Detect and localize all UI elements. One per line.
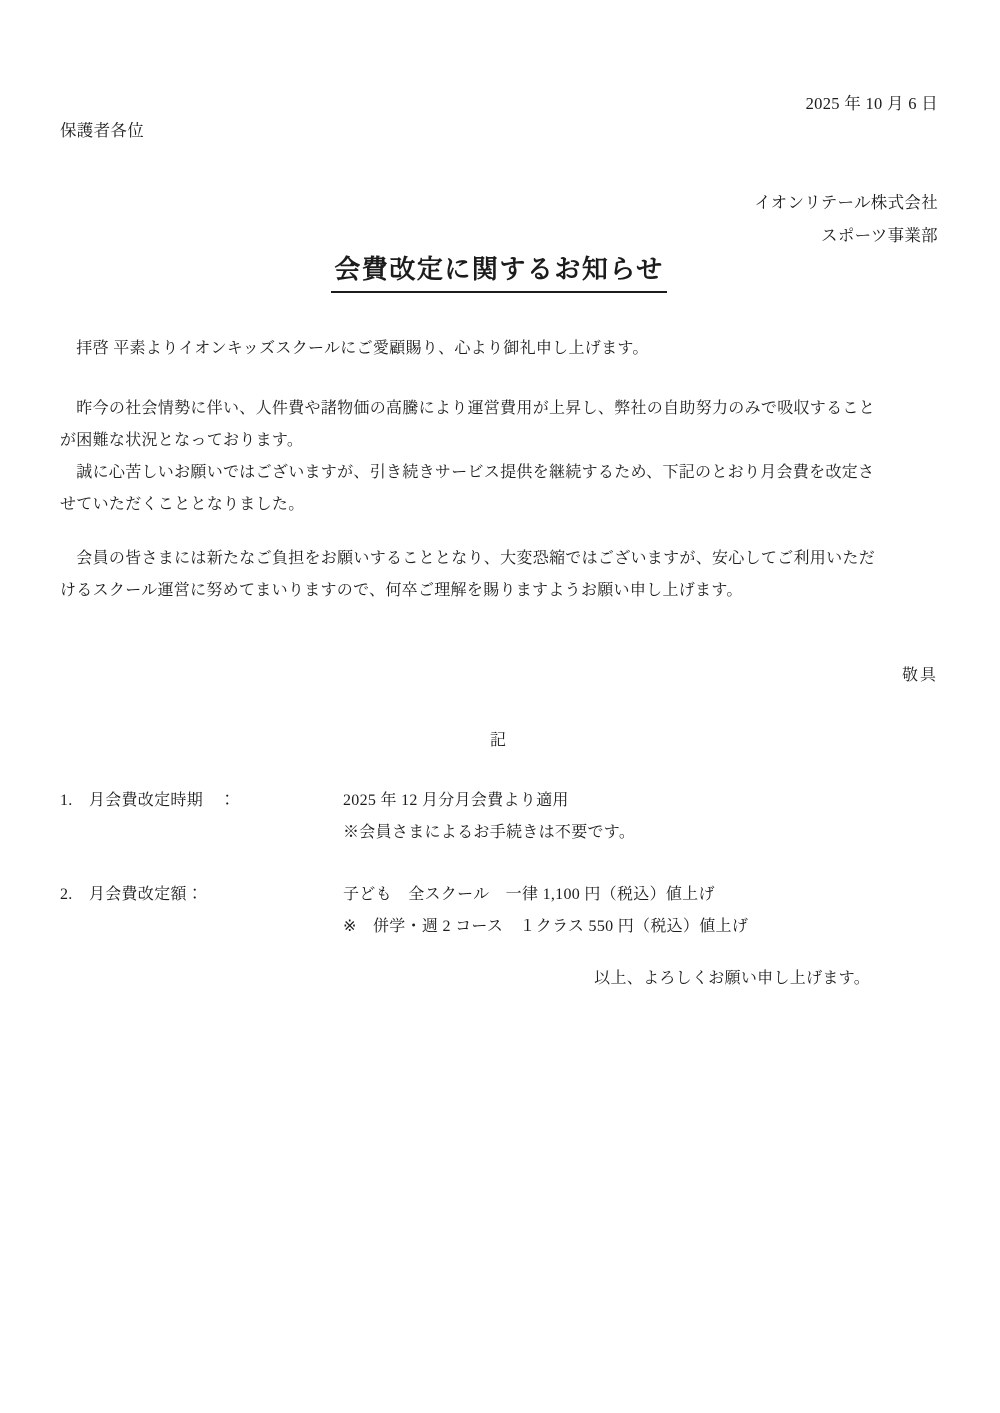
sender-block: イオンリテール株式会社 スポーツ事業部 bbox=[60, 186, 938, 252]
item-2-label: 2. 月会費改定額： bbox=[60, 879, 343, 911]
final-closing: 以上、よろしくお願い申し上げます。 bbox=[60, 963, 938, 995]
fee-revision-items: 1. 月会費改定時期 ： 2025 年 12 月分月会費より適用 ※会員さまによ… bbox=[60, 785, 938, 943]
document-title: 会費改定に関するお知らせ bbox=[331, 252, 666, 293]
list-item: 2. 月会費改定額： 子ども 全スクール 一律 1,100 円（税込）値上げ ※… bbox=[60, 879, 938, 943]
item-1-content: 2025 年 12 月分月会費より適用 ※会員さまによるお手続きは不要です。 bbox=[343, 785, 938, 849]
notice-document: 2025 年 10 月 6 日 保護者各位 イオンリテール株式会社 スポーツ事業… bbox=[0, 0, 1000, 1413]
keigu-closing: 敬具 bbox=[60, 660, 938, 692]
item-2-content: 子ども 全スクール 一律 1,100 円（税込）値上げ ※ 併学・週 2 コース… bbox=[343, 879, 938, 943]
document-date: 2025 年 10 月 6 日 bbox=[60, 93, 938, 115]
sender-company: イオンリテール株式会社 bbox=[60, 186, 938, 219]
greeting-paragraph: 拝啓 平素よりイオンキッズスクールにご愛顧賜り、心より御礼申し上げます。 bbox=[60, 333, 938, 365]
item-1-label: 1. 月会費改定時期 ： bbox=[60, 785, 343, 817]
sender-department: スポーツ事業部 bbox=[60, 219, 938, 252]
body-paragraph-1: 昨今の社会情勢に伴い、人件費や諸物価の高騰により運営費用が上昇し、弊社の自助努力… bbox=[60, 393, 938, 521]
ki-marker: 記 bbox=[60, 725, 938, 757]
title-row: 会費改定に関するお知らせ bbox=[60, 252, 938, 293]
recipient: 保護者各位 bbox=[60, 120, 938, 142]
list-item: 1. 月会費改定時期 ： 2025 年 12 月分月会費より適用 ※会員さまによ… bbox=[60, 785, 938, 849]
body-paragraph-2: 会員の皆さまには新たなご負担をお願いすることとなり、大変恐縮ではございますが、安… bbox=[60, 543, 938, 607]
